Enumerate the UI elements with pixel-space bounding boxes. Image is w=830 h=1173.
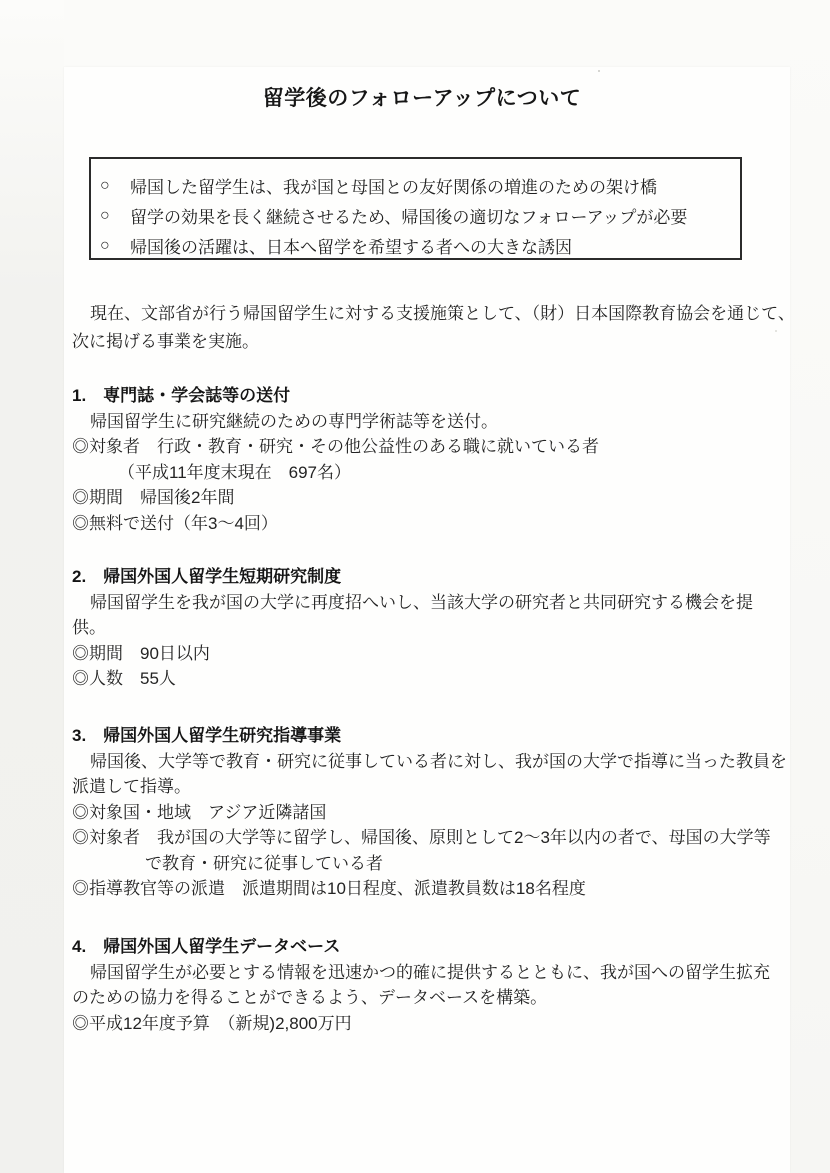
summary-box: ○帰国した留学生は、我が国と母国との友好関係の増進のための架け橋○留学の効果を長… [89, 157, 742, 260]
section-line: ◎無料で送付（年3～4回） [72, 511, 772, 537]
section-heading: 1. 専門誌・学会誌等の送付 [72, 383, 772, 409]
intro-paragraph: 現在、文部省が行う帰国留学生に対する支援施策として、（財）日本国際教育協会を通じ… [72, 300, 772, 356]
section: 2. 帰国外国人留学生短期研究制度帰国留学生を我が国の大学に再度招へいし、当該大… [72, 564, 772, 692]
section-line: ◎人数 55人 [72, 666, 772, 692]
summary-item-text: 帰国した留学生は、我が国と母国との友好関係の増進のための架け橋 [130, 173, 657, 198]
circle-bullet-icon: ○ [100, 177, 117, 194]
circle-bullet-icon: ○ [100, 237, 117, 254]
scan-speck [775, 330, 777, 332]
page-title: 留学後のフォローアップについて [72, 86, 772, 112]
scan-background-left [0, 0, 64, 1173]
section-line: ◎対象者 行政・教育・研究・その他公益性のある職に就いている者 [72, 434, 772, 460]
section: 3. 帰国外国人留学生研究指導事業帰国後、大学等で教育・研究に従事している者に対… [72, 723, 772, 902]
section-heading: 4. 帰国外国人留学生データベース [72, 934, 772, 960]
section-line: ◎期間 帰国後2年間 [72, 485, 772, 511]
section-line: （平成11年度末現在 697名） [72, 460, 772, 486]
section: 4. 帰国外国人留学生データベース帰国留学生が必要とする情報を迅速かつ的確に提供… [72, 934, 772, 1036]
scan-background-right [789, 0, 830, 1173]
scan-background-top [0, 0, 830, 67]
section-heading: 2. 帰国外国人留学生短期研究制度 [72, 564, 772, 590]
section: 1. 専門誌・学会誌等の送付帰国留学生に研究継続のための専門学術誌等を送付。◎対… [72, 383, 772, 536]
section-line: ◎指導教官等の派遣 派遣期間は10日程度、派遣教員数は18名程度 [72, 876, 772, 902]
section-line: ◎対象国・地域 アジア近隣諸国 [72, 800, 772, 826]
intro-line: 現在、文部省が行う帰国留学生に対する支援施策として、（財）日本国際教育協会を通じ… [72, 300, 772, 328]
intro-line: 次に掲げる事業を実施。 [72, 328, 772, 356]
section-heading: 3. 帰国外国人留学生研究指導事業 [72, 723, 772, 749]
scan-speck [598, 70, 600, 72]
summary-item-text: 留学の効果を長く継続させるため、帰国後の適切なフォローアップが必要 [130, 203, 687, 228]
section-line: ◎対象者 我が国の大学等に留学し、帰国後、原則として2～3年以内の者で、母国の大… [72, 825, 772, 851]
section-line: のための協力を得ることができるよう、データベースを構築。 [72, 985, 772, 1011]
summary-item: ○帰国後の活躍は、日本へ留学を希望する者への大きな誘因 [91, 230, 740, 260]
scanned-document: 留学後のフォローアップについて ○帰国した留学生は、我が国と母国との友好関係の増… [0, 0, 830, 1173]
section-line: 帰国後、大学等で教育・研究に従事している者に対し、我が国の大学で指導に当った教員… [72, 749, 772, 775]
summary-item: ○帰国した留学生は、我が国と母国との友好関係の増進のための架け橋 [91, 170, 740, 200]
summary-item: ○留学の効果を長く継続させるため、帰国後の適切なフォローアップが必要 [91, 200, 740, 230]
section-line: 帰国留学生に研究継続のための専門学術誌等を送付。 [72, 409, 772, 435]
section-line: 帰国留学生を我が国の大学に再度招へいし、当該大学の研究者と共同研究する機会を提 [72, 590, 772, 616]
section-line: 派遣して指導。 [72, 774, 772, 800]
section-line: 帰国留学生が必要とする情報を迅速かつ的確に提供するとともに、我が国への留学生拡充 [72, 960, 772, 986]
section-line: 供。 [72, 615, 772, 641]
section-line: ◎期間 90日以内 [72, 641, 772, 667]
summary-item-text: 帰国後の活躍は、日本へ留学を希望する者への大きな誘因 [130, 233, 572, 258]
section-line: で教育・研究に従事している者 [72, 851, 772, 877]
section-line: ◎平成12年度予算 （新規)2,800万円 [72, 1011, 772, 1037]
circle-bullet-icon: ○ [100, 207, 117, 224]
